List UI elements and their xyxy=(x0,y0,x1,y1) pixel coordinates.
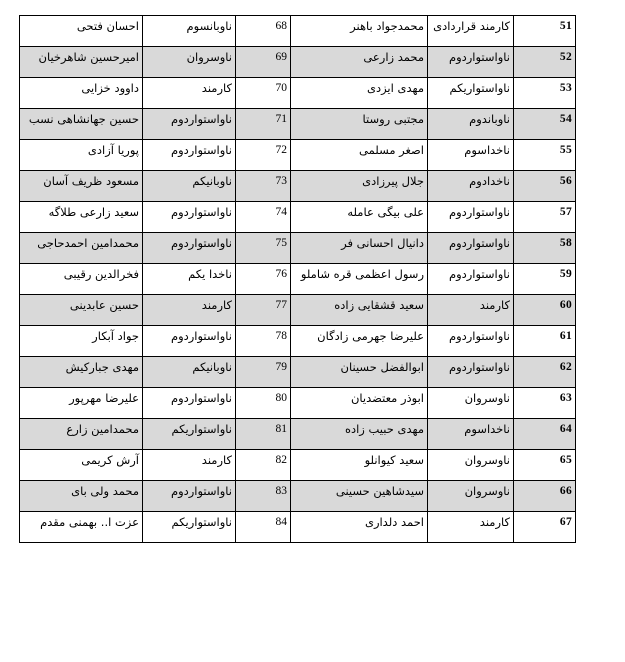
row-number-cell: 59 xyxy=(514,264,576,295)
name-right-cell: اصغر مسلمی xyxy=(291,140,428,171)
name-left-cell: حسین عابدینی xyxy=(20,295,143,326)
name-left-cell: مسعود ظریف آسان xyxy=(20,171,143,202)
rank-left-cell: ناوبانیکم xyxy=(143,171,236,202)
rank-right-cell: کارمند قراردادی xyxy=(428,16,514,47)
name-left-cell: آرش کریمی xyxy=(20,450,143,481)
rank-right-cell: ناواستواریکم xyxy=(428,78,514,109)
table-row: 56 ناخدادوم جلال پیرزادی 73 ناوبانیکم مس… xyxy=(20,171,576,202)
serial-number-cell: 80 xyxy=(236,388,291,419)
name-left-cell: علیرضا مهرپور xyxy=(20,388,143,419)
name-left-cell: جواد آبکار xyxy=(20,326,143,357)
serial-number-cell: 76 xyxy=(236,264,291,295)
name-left-cell: فخرالدین رقیبی xyxy=(20,264,143,295)
row-number-cell: 51 xyxy=(514,16,576,47)
table-row: 66 ناوسروان سیدشاهین حسینی 83 ناواستوارد… xyxy=(20,481,576,512)
rank-left-cell: کارمند xyxy=(143,450,236,481)
serial-number-cell: 79 xyxy=(236,357,291,388)
rank-right-cell: ناواستواردوم xyxy=(428,326,514,357)
row-number-cell: 55 xyxy=(514,140,576,171)
name-right-cell: علیرضا جهرمی زادگان xyxy=(291,326,428,357)
rank-right-cell: ناواستواردوم xyxy=(428,202,514,233)
rank-left-cell: ناوبانسوم xyxy=(143,16,236,47)
serial-number-cell: 77 xyxy=(236,295,291,326)
table-row: 59 ناواستواردوم رسول اعظمی قره شاملو 76 … xyxy=(20,264,576,295)
row-number-cell: 67 xyxy=(514,512,576,543)
serial-number-cell: 73 xyxy=(236,171,291,202)
rank-left-cell: ناواستواردوم xyxy=(143,388,236,419)
serial-number-cell: 81 xyxy=(236,419,291,450)
row-number-cell: 56 xyxy=(514,171,576,202)
rank-right-cell: ناواستواردوم xyxy=(428,357,514,388)
serial-number-cell: 78 xyxy=(236,326,291,357)
rank-left-cell: کارمند xyxy=(143,295,236,326)
row-number-cell: 64 xyxy=(514,419,576,450)
rank-right-cell: ناواستواردوم xyxy=(428,233,514,264)
name-right-cell: احمد دلداری xyxy=(291,512,428,543)
rank-right-cell: ناواستواردوم xyxy=(428,264,514,295)
table-row: 65 ناوسروان سعید کیوانلو 82 کارمند آرش ک… xyxy=(20,450,576,481)
name-left-cell: مهدی جبارکیش xyxy=(20,357,143,388)
row-number-cell: 58 xyxy=(514,233,576,264)
name-right-cell: محمدجواد باهنر xyxy=(291,16,428,47)
document-page: 51 کارمند قراردادی محمدجواد باهنر 68 ناو… xyxy=(0,0,625,662)
table-row: 63 ناوسروان ابوذر معتضدیان 80 ناواستوارد… xyxy=(20,388,576,419)
table-row: 55 ناخداسوم اصغر مسلمی 72 ناواستواردوم پ… xyxy=(20,140,576,171)
rank-left-cell: ناوسروان xyxy=(143,47,236,78)
rank-right-cell: ناخداسوم xyxy=(428,419,514,450)
rank-left-cell: کارمند xyxy=(143,78,236,109)
name-right-cell: مهدی ایزدی xyxy=(291,78,428,109)
serial-number-cell: 71 xyxy=(236,109,291,140)
table-row: 57 ناواستواردوم علی بیگی عامله 74 ناواست… xyxy=(20,202,576,233)
table-row: 62 ناواستواردوم ابوالفضل حسینان 79 ناوبا… xyxy=(20,357,576,388)
name-right-cell: مهدی حبیب زاده xyxy=(291,419,428,450)
name-right-cell: سعید کیوانلو xyxy=(291,450,428,481)
row-number-cell: 65 xyxy=(514,450,576,481)
personnel-roster-table: 51 کارمند قراردادی محمدجواد باهنر 68 ناو… xyxy=(19,15,576,543)
rank-right-cell: ناوسروان xyxy=(428,388,514,419)
rank-left-cell: ناواستواردوم xyxy=(143,109,236,140)
rank-left-cell: ناواستواریکم xyxy=(143,512,236,543)
name-left-cell: پوریا آزادی xyxy=(20,140,143,171)
rank-right-cell: کارمند xyxy=(428,512,514,543)
rank-right-cell: ناوسروان xyxy=(428,450,514,481)
name-right-cell: سعید قشقایی زاده xyxy=(291,295,428,326)
rank-left-cell: ناخدا یکم xyxy=(143,264,236,295)
table-row: 52 ناواستواردوم محمد زارعی 69 ناوسروان ا… xyxy=(20,47,576,78)
table-row: 61 ناواستواردوم علیرضا جهرمی زادگان 78 ن… xyxy=(20,326,576,357)
table-row: 54 ناوباندوم مجتبی روستا 71 ناواستواردوم… xyxy=(20,109,576,140)
serial-number-cell: 72 xyxy=(236,140,291,171)
row-number-cell: 60 xyxy=(514,295,576,326)
name-right-cell: ابوذر معتضدیان xyxy=(291,388,428,419)
rank-left-cell: ناواستواردوم xyxy=(143,481,236,512)
rank-left-cell: ناواستواردوم xyxy=(143,202,236,233)
name-right-cell: جلال پیرزادی xyxy=(291,171,428,202)
rank-right-cell: کارمند xyxy=(428,295,514,326)
name-left-cell: محمد ولی بای xyxy=(20,481,143,512)
serial-number-cell: 68 xyxy=(236,16,291,47)
serial-number-cell: 69 xyxy=(236,47,291,78)
serial-number-cell: 70 xyxy=(236,78,291,109)
name-right-cell: محمد زارعی xyxy=(291,47,428,78)
name-right-cell: سیدشاهین حسینی xyxy=(291,481,428,512)
name-left-cell: محمدامین احمدحاجی xyxy=(20,233,143,264)
serial-number-cell: 75 xyxy=(236,233,291,264)
name-right-cell: علی بیگی عامله xyxy=(291,202,428,233)
name-right-cell: دانیال احسانی فر xyxy=(291,233,428,264)
table-row: 64 ناخداسوم مهدی حبیب زاده 81 ناواستواری… xyxy=(20,419,576,450)
rank-left-cell: ناواستواردوم xyxy=(143,233,236,264)
name-left-cell: عزت ا.. بهمنی مقدم xyxy=(20,512,143,543)
row-number-cell: 62 xyxy=(514,357,576,388)
name-left-cell: امیرحسین شاهرخیان xyxy=(20,47,143,78)
row-number-cell: 66 xyxy=(514,481,576,512)
rank-right-cell: ناخدادوم xyxy=(428,171,514,202)
rank-left-cell: ناوبانیکم xyxy=(143,357,236,388)
rank-right-cell: ناوباندوم xyxy=(428,109,514,140)
row-number-cell: 63 xyxy=(514,388,576,419)
name-left-cell: حسین جهانشاهی نسب xyxy=(20,109,143,140)
table-row: 67 کارمند احمد دلداری 84 ناواستواریکم عز… xyxy=(20,512,576,543)
rank-left-cell: ناواستواردوم xyxy=(143,326,236,357)
name-right-cell: مجتبی روستا xyxy=(291,109,428,140)
name-left-cell: احسان فتحی xyxy=(20,16,143,47)
name-left-cell: داوود خزایی xyxy=(20,78,143,109)
rank-right-cell: ناواستواردوم xyxy=(428,47,514,78)
serial-number-cell: 84 xyxy=(236,512,291,543)
row-number-cell: 54 xyxy=(514,109,576,140)
serial-number-cell: 82 xyxy=(236,450,291,481)
row-number-cell: 57 xyxy=(514,202,576,233)
row-number-cell: 61 xyxy=(514,326,576,357)
name-right-cell: رسول اعظمی قره شاملو xyxy=(291,264,428,295)
rank-left-cell: ناواستواردوم xyxy=(143,140,236,171)
table-row: 60 کارمند سعید قشقایی زاده 77 کارمند حسی… xyxy=(20,295,576,326)
rank-right-cell: ناوسروان xyxy=(428,481,514,512)
serial-number-cell: 83 xyxy=(236,481,291,512)
table-row: 51 کارمند قراردادی محمدجواد باهنر 68 ناو… xyxy=(20,16,576,47)
roster-table-body: 51 کارمند قراردادی محمدجواد باهنر 68 ناو… xyxy=(20,16,576,543)
rank-left-cell: ناواستواریکم xyxy=(143,419,236,450)
name-right-cell: ابوالفضل حسینان xyxy=(291,357,428,388)
name-left-cell: محمدامین زارع xyxy=(20,419,143,450)
serial-number-cell: 74 xyxy=(236,202,291,233)
row-number-cell: 52 xyxy=(514,47,576,78)
table-row: 53 ناواستواریکم مهدی ایزدی 70 کارمند داو… xyxy=(20,78,576,109)
row-number-cell: 53 xyxy=(514,78,576,109)
name-left-cell: سعید زارعی طلاگه xyxy=(20,202,143,233)
table-row: 58 ناواستواردوم دانیال احسانی فر 75 ناوا… xyxy=(20,233,576,264)
rank-right-cell: ناخداسوم xyxy=(428,140,514,171)
